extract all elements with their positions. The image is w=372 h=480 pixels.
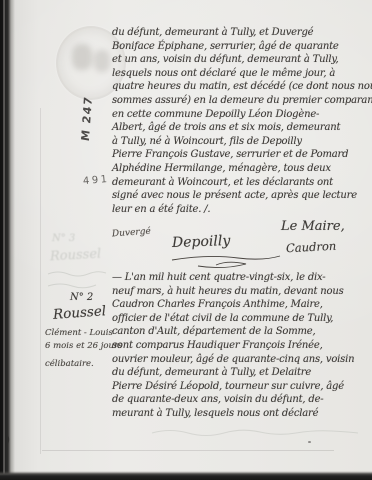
handwritten-text-line: et un ans, voisin du défunt, demeurant à… [112,53,366,67]
mayor-title: Le Maire, [281,219,345,234]
signature-flourish [168,252,288,272]
handwritten-text-line: Boniface Épiphane, serrurier, âgé de qua… [112,40,366,54]
handwritten-text-line: Caudron Charles François Anthime, Maire, [112,298,366,312]
handwritten-text-line: quatre heures du matin, est décédé (ce d… [112,80,366,94]
seal-smudge [94,50,110,72]
handwritten-text-line: Pierre François Gustave, serrurier et de… [112,148,366,162]
handwritten-text-line: lesquels nous ont déclaré que le même jo… [112,67,366,81]
handwritten-text-line: à Tully, né à Woincourt, fils de Depoill… [112,135,366,149]
handwritten-text-line: en cette commune Depoilly Léon Diogène- [112,108,366,122]
signature-mayor: Caudron [286,239,337,256]
margin-marital-status: célibataire. [45,359,94,369]
book-binding-edge [0,0,15,480]
seal-smudge [72,44,92,70]
handwritten-text-line: neuf mars, à huit heures du matin, devan… [112,285,366,299]
margin-age: 6 mois et 26 jours [45,341,122,351]
handwritten-text-line: leur en a été faite. /. [112,203,366,217]
handwritten-text-line: meurant à Tully, lesquels nous ont décla… [112,407,366,421]
scan-bottom-edge [0,471,372,480]
bleedthrough-act-number: N° 3 [52,233,75,244]
signature-declarant-duverge: Duvergé [112,227,151,240]
scanned-register-page: M 247 491 N° 3 Roussel du défunt, demeur… [0,0,372,480]
handwritten-text-line: demeurant à Woincourt, et les déclarants… [112,176,366,190]
ink-speck [308,441,311,443]
handwritten-text-line: — L'an mil huit cent quatre-vingt-six, l… [112,271,366,285]
margin-act-number: N° 2 [70,292,93,303]
handwritten-text-line: Albert, âgé de trois ans et six mois, de… [112,121,366,135]
handwritten-text-line: du défunt, demeurant à Tully, et Delaitr… [112,366,366,380]
handwritten-text-line: sommes assuré) en la demeure du premier … [112,94,366,108]
signature-declarant-center: Depoilly [172,233,231,251]
folio-number-stamp: 491 [83,174,110,187]
bleedthrough-surname: Roussel [50,247,102,265]
handwritten-text-line: Alphédine Hermilange, ménagère, tous deu… [112,162,366,176]
handwritten-text-line: du défunt, demeurant à Tully, et Duvergé [112,26,366,40]
page-edge-vertical-line [40,108,41,454]
handwritten-text-line: signé avec nous le présent acte, après q… [112,189,366,203]
handwritten-text-line: sont comparus Haudiquer François Irénée, [112,339,366,353]
act2-text-block: — L'an mil huit cent quatre-vingt-six, l… [112,271,366,421]
handwritten-text-line: ouvrier mouleur, âgé de quarante-cinq an… [112,353,366,367]
margin-given-names: Clément - Louis [45,328,113,338]
handwritten-text-line: de quarante-deux ans, voisin du défunt, … [112,393,366,407]
handwritten-text-line: Pierre Désiré Léopold, tourneur sur cuiv… [112,380,366,394]
handwritten-text-line: canton d'Ault, département de la Somme, [112,325,366,339]
bleedthrough-bottom-line [150,424,362,440]
act1-text-block: du défunt, demeurant à Tully, et Duvergé… [112,26,366,216]
vertical-reference-stamp: M 247 [79,88,96,148]
handwritten-text-line: officier de l'état civil de la commune d… [112,312,366,326]
bleedthrough-squiggle [46,268,110,294]
margin-surname: Roussel [53,303,107,323]
page-edge-horizontal-line [42,450,334,451]
